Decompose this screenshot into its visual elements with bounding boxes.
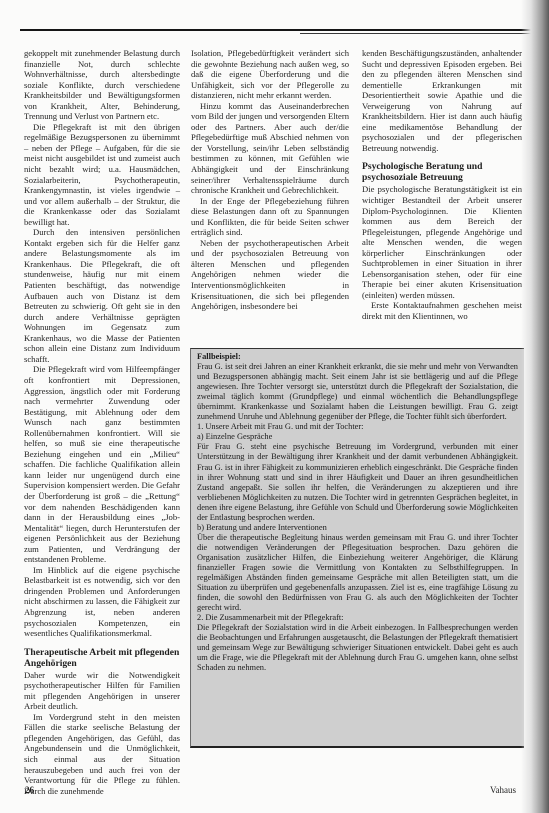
paragraph: In der Enge der Pflegebeziehung führen d… bbox=[191, 196, 349, 238]
case-paragraph: b) Beratung und andere Interventionen bbox=[197, 523, 518, 533]
paragraph: Durch den intensiven persönlichen Kontak… bbox=[24, 227, 180, 364]
paragraph: gekoppelt mit zunehmender Belastung durc… bbox=[24, 48, 180, 122]
section-heading-psychological-counseling: Psychologische Beratung und psychosozial… bbox=[362, 161, 522, 183]
case-paragraph: 2. Die Zusammenarbeit mit der Pflegekraf… bbox=[197, 613, 518, 623]
section-heading-therapeutic-work: Therapeutische Arbeit mit pflegenden Ang… bbox=[24, 647, 180, 669]
book-spine-shadow bbox=[521, 0, 549, 813]
case-example-title: Fallbeispiel: bbox=[197, 352, 518, 362]
paragraph: kenden Beschäftigungszuständen, anhalten… bbox=[362, 48, 522, 153]
paragraph: Die psychologische Beratungstätigkeit is… bbox=[362, 184, 522, 300]
paragraph: Die Pflegekraft wird vom Hilfeempfänger … bbox=[24, 364, 180, 564]
paragraph: Isolation, Pflegebedürftigkeit verändert… bbox=[191, 48, 349, 101]
case-example-box: Fallbeispiel: Frau G. ist seit drei Jahr… bbox=[190, 348, 524, 748]
case-paragraph: a) Einzelne Gespräche bbox=[197, 432, 518, 442]
paragraph: Neben der psychotherapeutischen Arbeit u… bbox=[191, 238, 349, 312]
paragraph: Hinzu kommt das Auseinanderbrechen vom B… bbox=[191, 101, 349, 196]
paragraph: Im Hinblick auf die eigene psychische Be… bbox=[24, 565, 180, 639]
case-paragraph: Frau G. ist seit drei Jahren an einer Kr… bbox=[197, 362, 518, 422]
journal-label: Vahaus bbox=[490, 785, 516, 795]
header-rule-secondary bbox=[300, 33, 532, 34]
right-column: kenden Beschäftigungszuständen, anhalten… bbox=[362, 48, 522, 322]
paragraph: Die Pflegekraft ist mit den übrigen rege… bbox=[24, 122, 180, 227]
paragraph: Daher wurde wir die Notwendigkeit psycho… bbox=[24, 670, 180, 712]
case-paragraph: 1. Unsere Arbeit mit Frau G. und mit der… bbox=[197, 422, 518, 432]
case-paragraph: Für Frau G. steht eine psychische Betreu… bbox=[197, 442, 518, 522]
paragraph: Erste Kontaktaufnahmen geschehen meist d… bbox=[362, 300, 522, 321]
left-column: gekoppelt mit zunehmender Belastung durc… bbox=[24, 48, 180, 796]
case-paragraph: Die Pflegekraft der Sozialstation wird i… bbox=[197, 623, 518, 673]
case-paragraph: Über die therapeutische Begleitung hinau… bbox=[197, 533, 518, 613]
middle-column: Isolation, Pflegebedürftigkeit verändert… bbox=[191, 48, 349, 312]
paragraph: Im Vordergrund steht in den meisten Fäll… bbox=[24, 712, 180, 796]
page-number: 26 bbox=[25, 785, 34, 795]
header-rule bbox=[20, 29, 532, 31]
